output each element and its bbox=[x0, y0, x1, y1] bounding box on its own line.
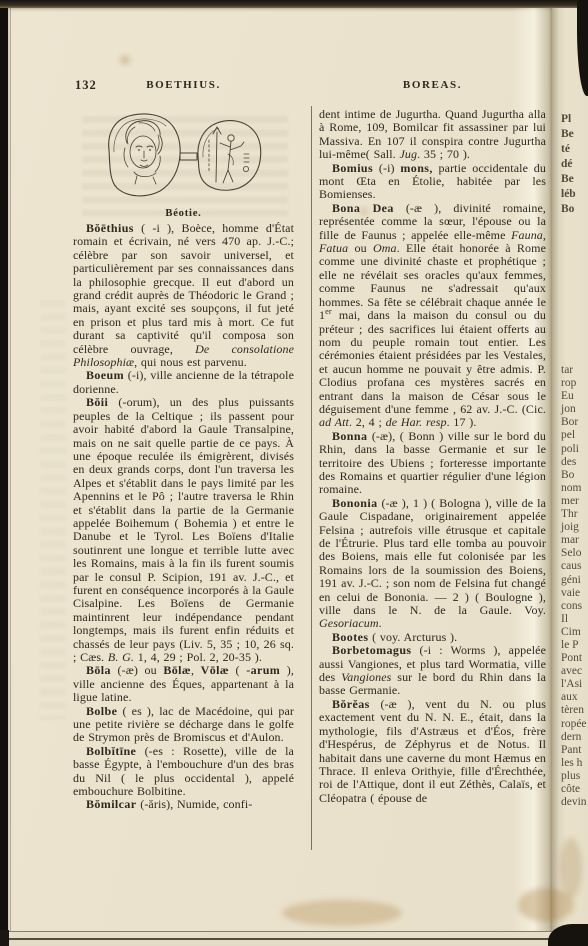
next-page-text-line: Pant bbox=[561, 744, 588, 757]
coin-figure: Béotie. bbox=[73, 110, 294, 222]
next-page-text-line: plus bbox=[561, 770, 588, 783]
next-page-text-line: ropée bbox=[561, 718, 588, 731]
next-page-text-line: des bbox=[561, 456, 588, 469]
next-page-text-line: côte bbox=[561, 783, 588, 796]
next-page-text-fragments-main: tarropEujonBorpelpolidesBonommerThrjoigm… bbox=[561, 364, 588, 809]
coin-illustration bbox=[100, 110, 268, 202]
running-head-right: BOREAS. bbox=[319, 79, 546, 91]
next-page-text-line: l'Asi bbox=[561, 678, 588, 691]
next-page-text-line: Be bbox=[561, 127, 588, 142]
next-page-text-line: Pl bbox=[561, 112, 588, 127]
next-page-text-line: Bo bbox=[561, 202, 588, 217]
running-head-left: BOETHIUS. bbox=[73, 79, 294, 91]
next-page-text-line: devin bbox=[561, 796, 588, 809]
next-page-text-line: mar bbox=[561, 534, 588, 547]
coin-reverse-standing-figure-icon bbox=[197, 121, 260, 191]
next-page-text-line: léb bbox=[561, 187, 588, 202]
next-page-text-line: Pont bbox=[561, 652, 588, 665]
entry-boii: Bŏii (-orum), un des plus puissants peup… bbox=[73, 396, 294, 664]
next-page-text-line: Eu bbox=[561, 390, 588, 403]
next-page-text-line: Thr bbox=[561, 508, 588, 521]
next-page-text-line: dern bbox=[561, 731, 588, 744]
entry-bomilcar-continuation: dent intime de Jugurtha. Quand Jugurtha … bbox=[319, 108, 546, 162]
next-page-text-line: mer bbox=[561, 495, 588, 508]
next-page-text-line: cons bbox=[561, 600, 588, 613]
next-page-text-fragments-top: PlBetédéBelébBo bbox=[561, 112, 588, 217]
next-page-edge: PlBetédéBelébBo tarropEujonBorpelpolides… bbox=[552, 0, 588, 946]
next-page-text-line: rop bbox=[561, 377, 588, 390]
next-page-text-line: Cim bbox=[561, 626, 588, 639]
entry-boeum: Boeum (-i), ville ancienne de la tétrapo… bbox=[73, 369, 294, 396]
entry-bomilcar: Bŏmilcar (-ăris), Numide, confi- bbox=[73, 798, 294, 811]
column-right: dent intime de Jugurtha. Quand Jugurtha … bbox=[319, 108, 546, 848]
entry-boreas: Bŏrĕas (-æ ), vent du N. ou plus exactem… bbox=[319, 698, 546, 805]
entry-bola: Bōla (-æ) ou Bōlæ, Vōlæ ( -arum ), ville… bbox=[73, 664, 294, 704]
book-photo: PlBetédéBelébBo tarropEujonBorpelpolides… bbox=[0, 0, 588, 946]
next-page-text-line: le P bbox=[561, 639, 588, 652]
entry-bolbitine: Bolbĭtīne (-es : Rosette), ville de la b… bbox=[73, 745, 294, 799]
column-left: Béotie. Bŏēthius ( -i ), Boèce, homme d'… bbox=[73, 108, 294, 848]
next-page-text-line: Selo bbox=[561, 547, 588, 560]
entry-bononia: Bononia (-æ ), 1 ) ( Bologna ), ville de… bbox=[319, 497, 546, 631]
next-page-text-line: poli bbox=[561, 443, 588, 456]
next-page-text-line: géni bbox=[561, 574, 588, 587]
next-page-text-line: Bor bbox=[561, 416, 588, 429]
next-page-text-line: pel bbox=[561, 429, 588, 442]
next-page-text-line: dé bbox=[561, 157, 588, 172]
next-page-text-line: caus bbox=[561, 560, 588, 573]
coin-connector bbox=[180, 153, 197, 160]
coin-obverse-head-icon bbox=[108, 114, 179, 196]
entry-bona-dea: Bona Dea (-æ ), divinité romaine, représ… bbox=[319, 202, 546, 430]
next-page-text-line: tar bbox=[561, 364, 588, 377]
bottom-left-dark-corner bbox=[0, 930, 9, 946]
figure-caption: Béotie. bbox=[73, 207, 294, 220]
entry-boethius: Bŏēthius ( -i ), Boèce, homme d'État rom… bbox=[73, 222, 294, 369]
entry-bomius-mons: Bomius (-i) mons, partie occidentale du … bbox=[319, 162, 546, 202]
next-page-text-line: Bo bbox=[561, 469, 588, 482]
next-page-text-line: tèren bbox=[561, 704, 588, 717]
next-page-text-line: les h bbox=[561, 757, 588, 770]
next-page-text-line: avec bbox=[561, 665, 588, 678]
column-divider-rule bbox=[311, 106, 312, 850]
next-page-text-line: nom bbox=[561, 482, 588, 495]
next-page-text-line: Il bbox=[561, 613, 588, 626]
page-left-edge-line bbox=[10, 8, 11, 932]
next-page-text-line: Be bbox=[561, 172, 588, 187]
entry-bootes: Bootes ( voy. Arcturus ). bbox=[319, 631, 546, 644]
next-page-text-line: jon bbox=[561, 403, 588, 416]
next-page-text-line: té bbox=[561, 142, 588, 157]
next-page-text-line: joig bbox=[561, 521, 588, 534]
next-page-text-line: aux bbox=[561, 691, 588, 704]
next-page-text-line: vaie bbox=[561, 587, 588, 600]
entry-bonna: Bonna (-æ), ( Bonn ) ville sur le bord d… bbox=[319, 430, 546, 497]
page-bottom-edge bbox=[4, 931, 552, 946]
book-top-edge bbox=[0, 0, 588, 8]
entry-bolbe: Bolbe ( es ), lac de Macédoine, qui par … bbox=[73, 705, 294, 745]
coin-legend-marks bbox=[209, 140, 249, 172]
entry-borbetomagus: Borbetomagus (-i : Worms ), appelée auss… bbox=[319, 644, 546, 698]
